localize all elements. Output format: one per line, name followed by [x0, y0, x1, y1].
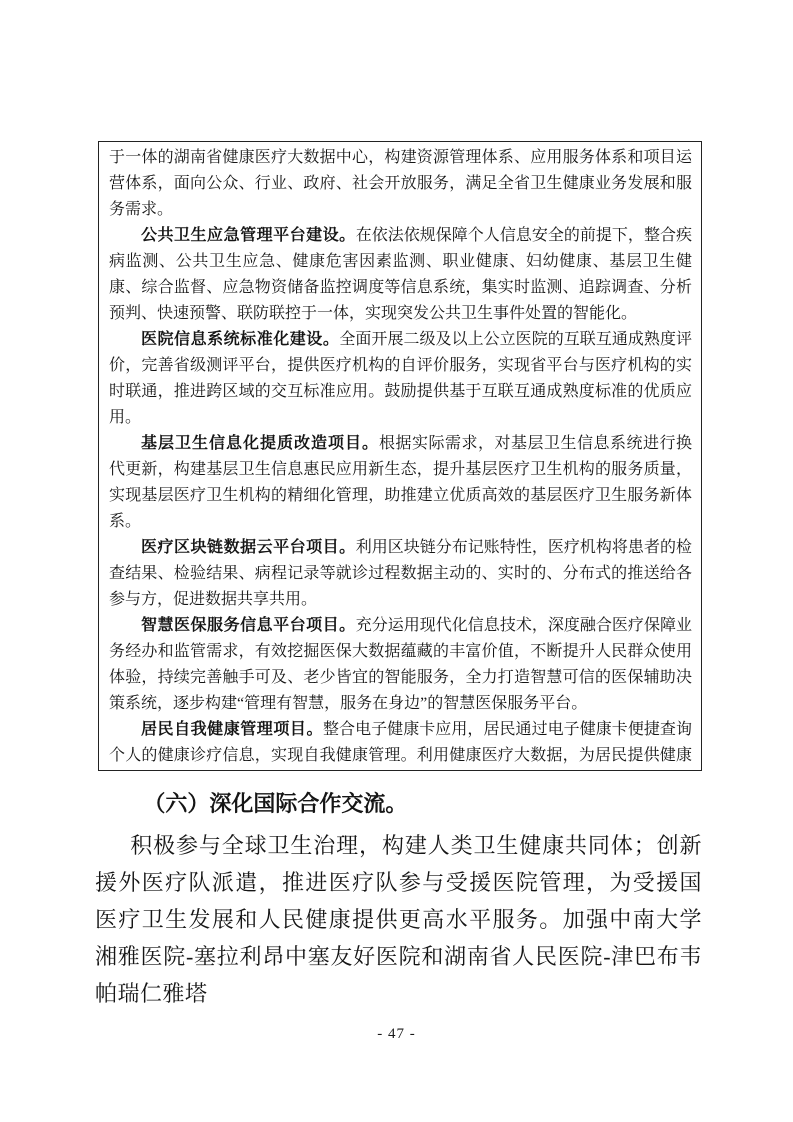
box-paragraph-lead: 医疗区块链数据云平台项目。 — [141, 539, 356, 556]
section-paragraph: 积极参与全球卫生治理，构建人类卫生健康共同体；创新援外医疗队派遣，推进医疗队参与… — [95, 827, 702, 1012]
box-paragraph: 于一体的湖南省健康医疗大数据中心，构建资源管理体系、应用服务体系和项目运营体系，… — [109, 145, 692, 223]
box-paragraph: 居民自我健康管理项目。整合电子健康卡应用，居民通过电子健康卡便捷查询个人的健康诊… — [109, 717, 692, 771]
page-number: - 47 - — [0, 1026, 793, 1043]
box-paragraph-lead: 公共卫生应急管理平台建设。 — [141, 227, 356, 244]
box-paragraph: 医疗区块链数据云平台项目。利用区块链分布记账特性，医疗机构将患者的检查结果、检验… — [109, 535, 692, 613]
box-paragraph: 智慧医保服务信息平台项目。充分运用现代化信息技术，深度融合医疗保障业务经办和监管… — [109, 613, 692, 717]
box-paragraph-lead: 基层卫生信息化提质改造项目。 — [141, 435, 379, 452]
box-paragraph-lead: 居民自我健康管理项目。 — [141, 721, 323, 738]
project-details-box: 于一体的湖南省健康医疗大数据中心，构建资源管理体系、应用服务体系和项目运营体系，… — [98, 141, 702, 771]
box-paragraph: 医院信息系统标准化建设。全面开展二级及以上公立医院的互联互通成熟度评价，完善省级… — [109, 327, 692, 431]
section-heading: （六）深化国际合作交流。 — [95, 789, 702, 819]
box-paragraph: 公共卫生应急管理平台建设。在依法依规保障个人信息安全的前提下，整合疾病监测、公共… — [109, 223, 692, 327]
box-paragraph-text: 于一体的湖南省健康医疗大数据中心，构建资源管理体系、应用服务体系和项目运营体系，… — [109, 149, 692, 218]
box-paragraph: 基层卫生信息化提质改造项目。根据实际需求，对基层卫生信息系统进行换代更新，构建基… — [109, 431, 692, 535]
box-paragraph-lead: 医院信息系统标准化建设。 — [141, 331, 339, 348]
box-paragraph-lead: 智慧医保服务信息平台项目。 — [141, 617, 356, 634]
